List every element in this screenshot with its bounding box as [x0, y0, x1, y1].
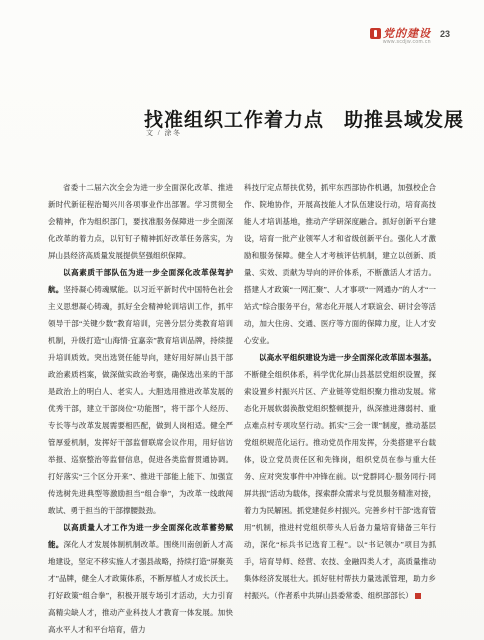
magazine-page: 党的建设 www.scdjw.com.cn 23 找准组织工作着力点 助推县域发… [0, 0, 484, 640]
body-paragraph: 以高素质干部队伍为进一步全面深化改革保驾护航。坚持凝心铸魂赋能。以习近平新时代中… [48, 264, 233, 519]
paragraph-bold-lead: 以高质量人才工作为进一步全面深化改革蓄势赋能。 [48, 523, 233, 549]
article-byline: 文 / 涂冬 [146, 128, 181, 138]
body-column-left: 省委十二届六次全会为进一步全面深化改革、推进新时代新征程治蜀兴川各项事业作出部署… [48, 179, 233, 638]
body-column-right: 科技厅定点帮扶优势，抓牢东西部协作机遇，加强校企合作、院地协作，开展高技能人才队… [244, 179, 436, 604]
page-header: 党的建设 www.scdjw.com.cn 23 [370, 28, 450, 45]
article-title: 找准组织工作着力点 助推县域发展 [144, 105, 464, 132]
magazine-logo: 党的建设 www.scdjw.com.cn [370, 28, 431, 45]
paragraph-bold-lead: 以高素质干部队伍为进一步全面深化改革保驾护航。 [48, 268, 233, 294]
magazine-seal-icon [370, 28, 381, 39]
paragraph-bold-lead: 以高水平组织建设为进一步全面深化改革固本强基。 [259, 353, 436, 362]
magazine-logo-text: 党的建设 [383, 28, 431, 39]
body-paragraph: 以高水平组织建设为进一步全面深化改革固本强基。不断健全组织体系，科学优化屏山县基… [244, 349, 436, 604]
article-end-mark-icon [415, 593, 421, 599]
body-paragraph: 科技厅定点帮扶优势，抓牢东西部协作机遇，加强校企合作、院地协作，开展高技能人才队… [244, 179, 436, 349]
magazine-url: www.scdjw.com.cn [383, 40, 431, 45]
body-paragraph: 以高质量人才工作为进一步全面深化改革蓄势赋能。深化人才发展体制机制改革。围绕川南… [48, 519, 233, 638]
page-number: 23 [440, 29, 450, 39]
body-paragraph: 省委十二届六次全会为进一步全面深化改革、推进新时代新征程治蜀兴川各项事业作出部署… [48, 179, 233, 264]
